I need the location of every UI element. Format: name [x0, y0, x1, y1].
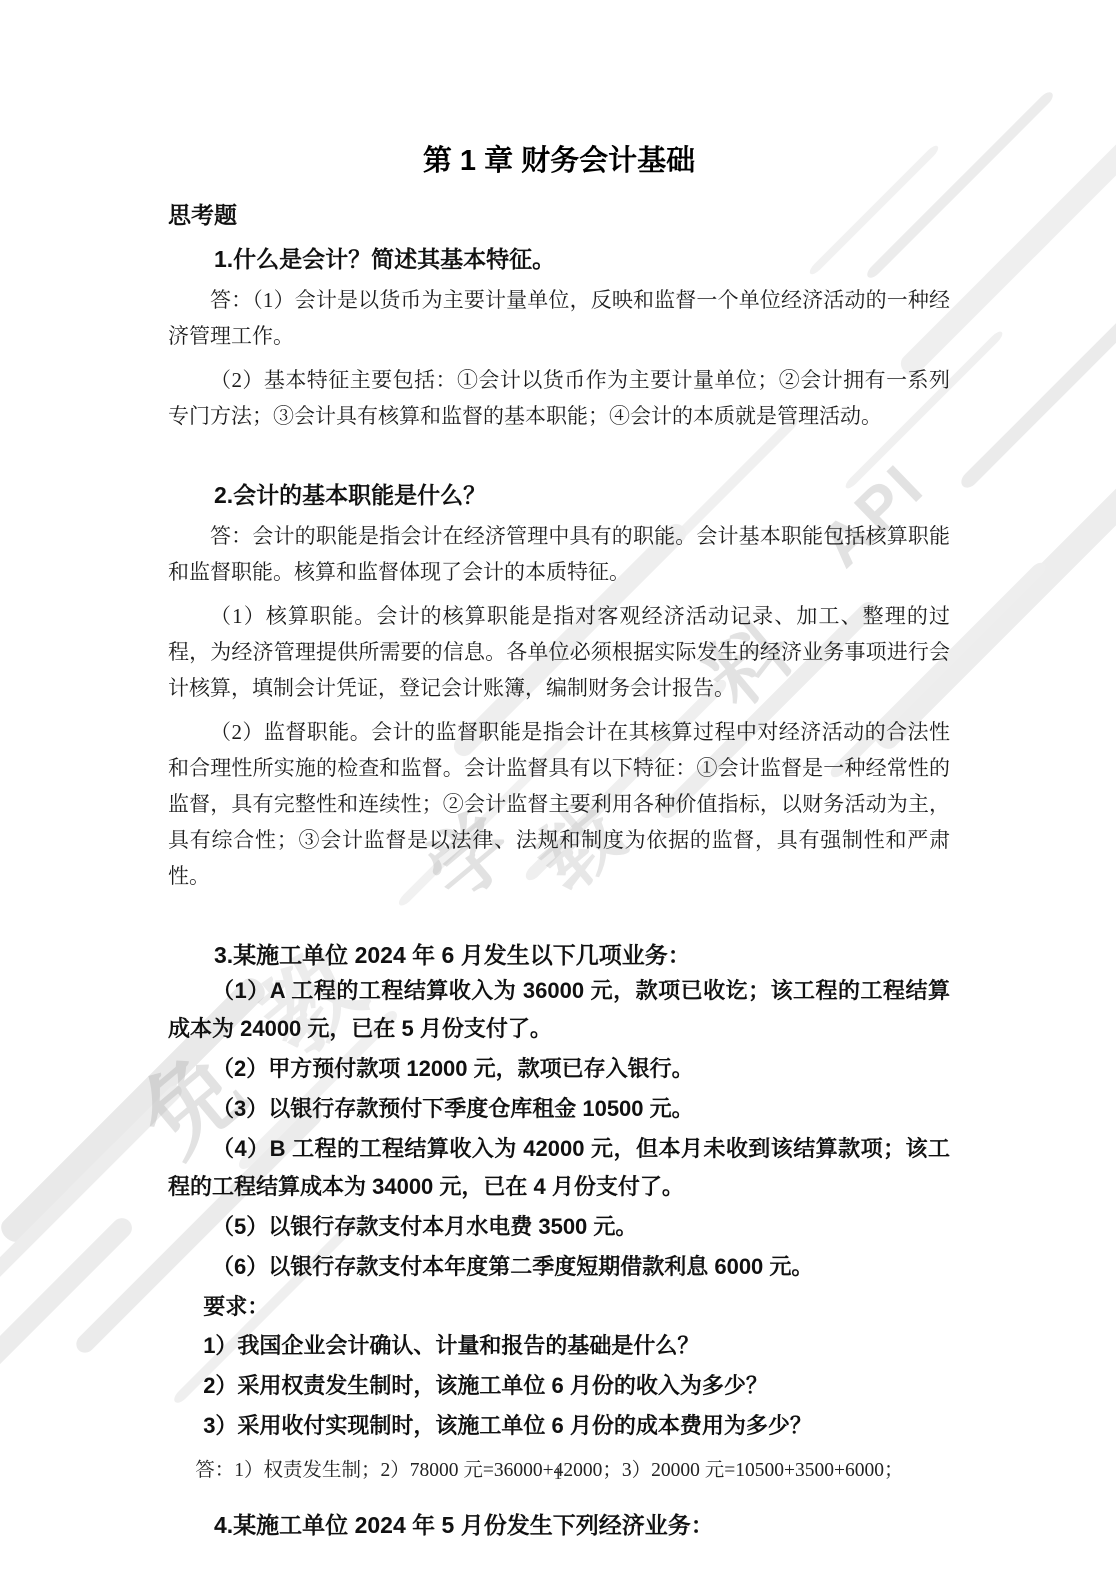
question-2-answer-paragraph: 答：会计的职能是指会计在经济管理中具有的职能。会计基本职能包括核算职能和监督职能… — [168, 518, 950, 590]
question-1-answer-paragraph: （2）基本特征主要包括：①会计以货币作为主要计量单位；②会计拥有一系列专门方法；… — [168, 362, 950, 434]
question-2-answer-paragraph: （1）核算职能。会计的核算职能是指对客观经济活动记录、加工、整理的过程，为经济管… — [168, 598, 950, 706]
question-3-item: （6）以银行存款支付本年度第二季度短期借款利息 6000 元。 — [168, 1248, 950, 1286]
requirements-label: 要求： — [168, 1288, 950, 1326]
requirement-item: 3）采用收付实现制时，该施工单位 6 月份的成本费用为多少？ — [168, 1406, 950, 1446]
section-label: 思考题 — [168, 200, 950, 230]
question-1-heading: 1.什么是会计？简述其基本特征。 — [168, 244, 950, 274]
watermark-streak — [958, 269, 1116, 491]
question-3-item: （5）以银行存款支付本月水电费 3500 元。 — [168, 1208, 950, 1246]
document-content: 第 1 章 财务会计基础 思考题 1.什么是会计？简述其基本特征。 答：（1）会… — [168, 140, 950, 1540]
question-2-heading: 2.会计的基本职能是什么？ — [168, 480, 950, 510]
question-3-item: （2）甲方预付款项 12000 元，款项已存入银行。 — [168, 1050, 950, 1088]
question-1-answer-paragraph: 答：（1）会计是以货币为主要计量单位，反映和监督一个单位经济活动的一种经济管理工… — [168, 282, 950, 354]
question-3-item: （4）B 工程的工程结算收入为 42000 元，但本月未收到该结算款项；该工程的… — [168, 1130, 950, 1206]
chapter-title: 第 1 章 财务会计基础 — [168, 140, 950, 182]
question-4-heading: 4.某施工单位 2024 年 5 月份发生下列经济业务： — [168, 1510, 950, 1540]
requirement-item: 2）采用权责发生制时，该施工单位 6 月份的收入为多少？ — [168, 1366, 950, 1406]
document-page: 免 教 学 载 料 API 第 1 章 财务会计基础 思考题 1.什么是会计？简… — [0, 0, 1116, 1579]
question-3-item: （1）A 工程的工程结算收入为 36000 元，款项已收讫；该工程的工程结算成本… — [168, 972, 950, 1048]
question-3-heading: 3.某施工单位 2024 年 6 月发生以下几项业务： — [168, 940, 950, 970]
question-3-item: （3）以银行存款预付下季度仓库租金 10500 元。 — [168, 1090, 950, 1128]
watermark-streak — [0, 1214, 136, 1426]
watermark-streak — [0, 1082, 185, 1318]
question-2-answer-paragraph: （2）监督职能。会计的监督职能是指会计在其核算过程中对经济活动的合法性和合理性所… — [168, 714, 950, 894]
page-number: 1 — [0, 1464, 1116, 1484]
requirement-item: 1）我国企业会计确认、计量和报告的基础是什么？ — [168, 1326, 950, 1366]
